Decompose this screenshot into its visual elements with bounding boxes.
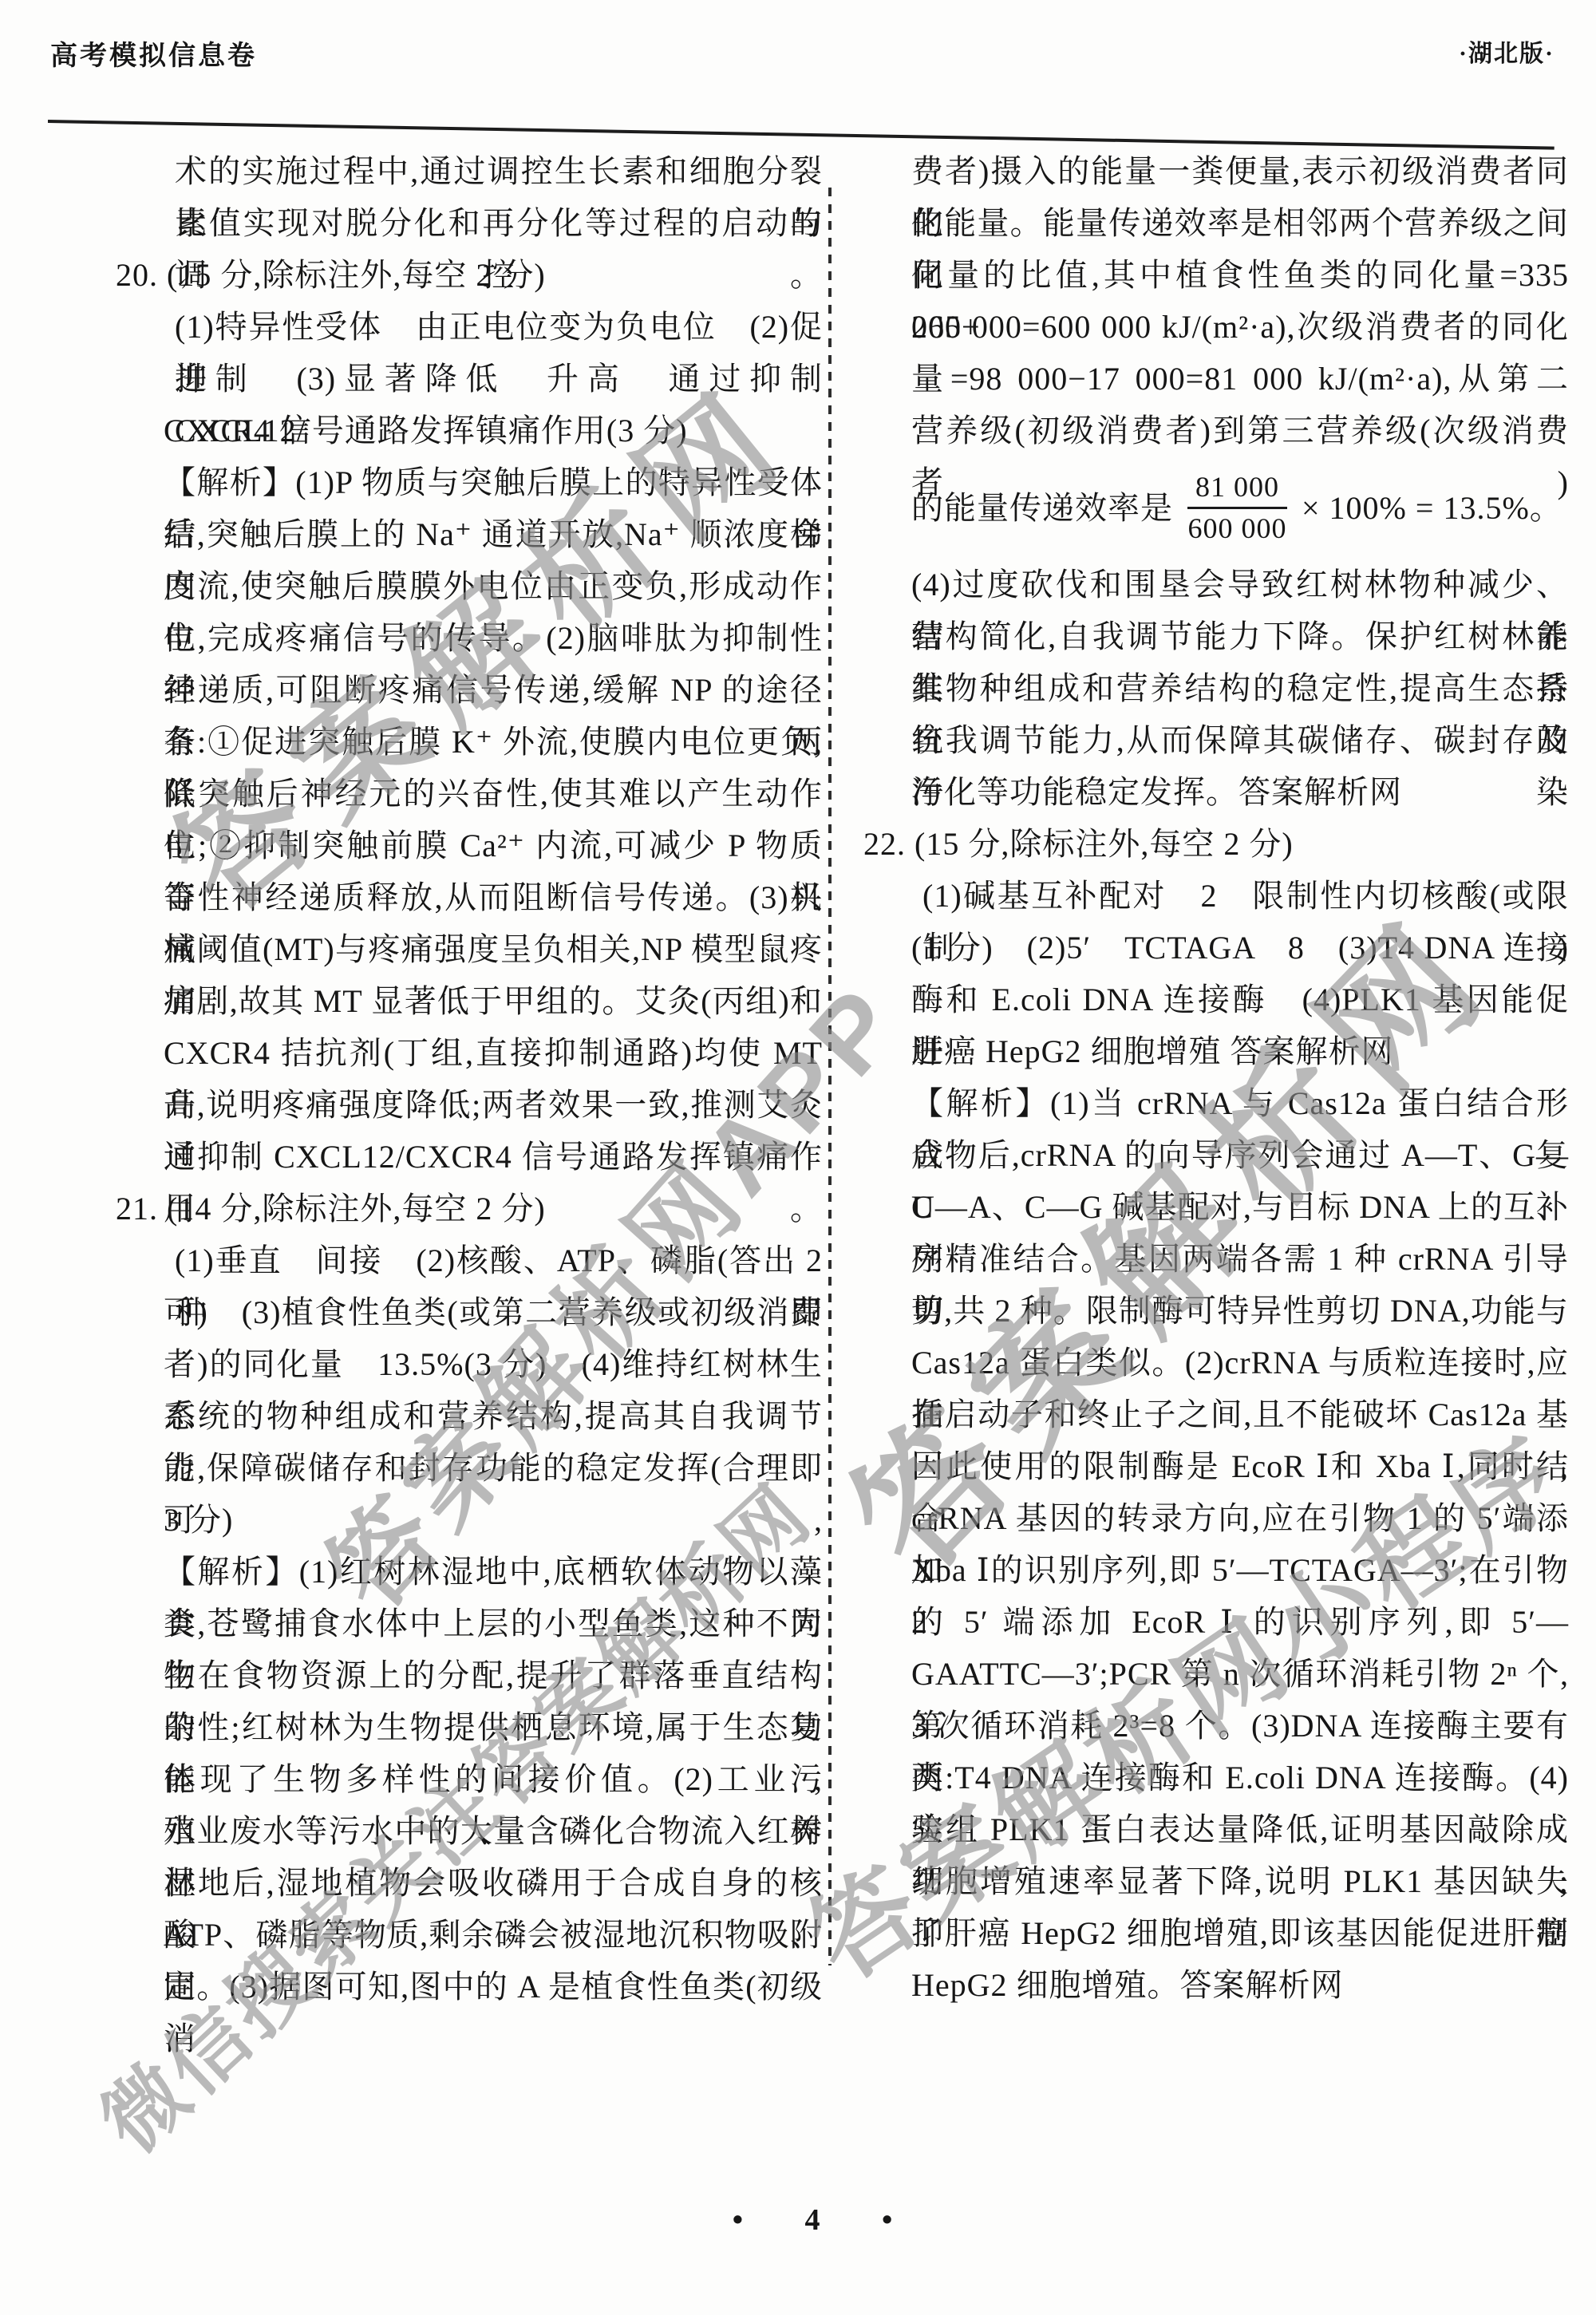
text-line: 抑制 (3)显著降低 升高 通过抑制 CXCL12/ xyxy=(116,353,823,405)
text-line: 量=98 000−17 000=81 000 kJ/(m²·a),从第二 xyxy=(863,353,1569,405)
text-line: 酶和 E.coli DNA 连接酶 (4)PLK1 基因能促进 xyxy=(863,974,1569,1025)
text-line: 合物后,crRNA 的向导序列会通过 A—T、G—C、 xyxy=(863,1129,1569,1181)
text-line: 杂性;红树林为生物提供栖息环境,属于生态功能, xyxy=(116,1701,823,1753)
text-line: 力,保障碳储存和封存功能的稳定发挥(合理即可, xyxy=(116,1442,823,1494)
text-line: Cas12a 蛋白类似。(2)crRNA 与质粒连接时,应插 xyxy=(863,1337,1569,1389)
text-line: 低突触后神经元的兴奋性,使其难以产生动作电 xyxy=(116,768,823,820)
text-line: U—A、C—G 碱基配对,与目标 DNA 上的互补序 xyxy=(863,1181,1569,1233)
text-line: HepG2 细胞增殖。答案解析网 xyxy=(863,1959,1569,2011)
page-title: 高考模拟信息卷 xyxy=(50,34,257,73)
text-line: 后,突触后膜上的 Na⁺ 通道开放,Na⁺ 顺浓度梯度 xyxy=(116,508,823,560)
text-line: 者)的同化量 13.5%(3 分) (4)维持红树林生态 xyxy=(116,1338,823,1390)
text-line: 自我调节能力,从而保障其碳储存、碳封存及污染 xyxy=(863,714,1569,766)
text-line: 结构简化,自我调节能力下降。保护红树林能维持 xyxy=(863,610,1569,662)
text-line: (1)特异性受体 由正电位变为负电位 (2)促进 xyxy=(116,301,823,353)
fraction-suffix: × 100% = 13.5%。 xyxy=(1302,482,1562,534)
text-line: (1)垂直 间接 (2)核酸、ATP、磷脂(答出 2 种即 xyxy=(116,1235,823,1286)
text-line: 术的实施过程中,通过调控生长素和细胞分裂素的 xyxy=(116,145,823,197)
text-line: CXCR4 拮抗剂(丁组,直接抑制通路)均使 MT 升 xyxy=(116,1027,823,1079)
text-line: 位;②抑制突触前膜 Ca²⁺ 内流,可减少 P 物质等兴 xyxy=(116,820,823,871)
text-line: 可) (3)植食性鱼类(或第二营养级或初级消费 xyxy=(116,1286,823,1338)
text-line: 3 次循环消耗 2³=8 个。(3)DNA 连接酶主要有两 xyxy=(863,1700,1569,1752)
text-line: (1 分) (2)5′ TCTAGA 8 (3)T4 DNA 连接 xyxy=(863,922,1569,974)
text-line: 列精准结合。基因两端各需 1 种 crRNA 引导剪 xyxy=(863,1233,1569,1285)
text-line: 细胞增殖速率显著下降,说明 PLK1 基因缺失抑制 xyxy=(863,1855,1569,1907)
text-line: 肝癌 HepG2 细胞增殖 答案解析网 xyxy=(863,1025,1569,1077)
text-line: 【解析】(1)红树林湿地中,底栖软体动物以藻类为 xyxy=(116,1546,823,1598)
text-line: GAATTC—3′;PCR 第 n 次循环消耗引物 2ⁿ 个,第 xyxy=(863,1648,1569,1700)
text-line: 殖业废水等污水中的大量含磷化合物流入红树林 xyxy=(116,1805,823,1857)
text-line: 的能量。能量传递效率是相邻两个营养级之间同 xyxy=(863,197,1569,249)
text-line: 湿地后,湿地植物会吸收磷用于合成自身的核酸、 xyxy=(116,1857,823,1909)
text-line: 食,苍鹭捕食水体中上层的小型鱼类,这种不同生 xyxy=(116,1598,823,1649)
text-line: ATP、磷脂等物质,剩余磷会被湿地沉积物吸附固 xyxy=(116,1909,823,1961)
text-line: 切,共 2 种。限制酶可特异性剪切 DNA,功能与 xyxy=(863,1285,1569,1337)
text-line: 其物种组成和营养结构的稳定性,提高生态系统的 xyxy=(863,662,1569,714)
text-line: CXCR4 信号通路发挥镇痛作用(3 分) xyxy=(116,405,823,456)
text-line: 痛阈值(MT)与疼痛强度呈负相关,NP 模型鼠疼痛 xyxy=(116,923,823,975)
text-line: 的 5′ 端添加 EcoR Ⅰ 的识别序列,即 5′— xyxy=(863,1596,1569,1648)
text-line: Xba Ⅰ的识别序列,即 5′—TCTAGA—3′;在引物 2 xyxy=(863,1544,1569,1596)
text-line: 比值实现对脱分化和再分化等过程的启动与调控。 xyxy=(116,197,823,249)
text-line: 265 000=600 000 kJ/(m²·a),次级消费者的同化 xyxy=(863,301,1569,353)
text-line: 了肝癌 HepG2 细胞增殖,即该基因能促进肝癌 xyxy=(863,1907,1569,1959)
right-column: 费者)摄入的能量一粪便量,表示初级消费者同化的能量。能量传递效率是相邻两个营养级… xyxy=(863,145,1569,2011)
text-line: 【解析】(1)当 crRNA 与 Cas12a 蛋白结合形成复 xyxy=(863,1077,1569,1129)
text-line: 类:T4 DNA 连接酶和 E.coli DNA 连接酶。(4)实 xyxy=(863,1752,1569,1803)
text-line: crRNA 基因的转录方向,应在引物 1 的 5′端添加 xyxy=(863,1492,1569,1544)
page-number: • 4 • xyxy=(0,2202,1596,2238)
fraction-denominator: 600 000 xyxy=(1188,509,1287,545)
text-line: 在启动子和终止子之间,且不能破坏 Cas12a 基因, xyxy=(863,1389,1569,1440)
left-column: 术的实施过程中,通过调控生长素和细胞分裂素的比值实现对脱分化和再分化等过程的启动… xyxy=(116,145,823,2013)
text-line: 经递质,可阻断疼痛信号传递,缓解 NP 的途径有两 xyxy=(116,664,823,716)
text-line: 条:①促进突触后膜 K⁺ 外流,使膜内电位更负,降 xyxy=(116,716,823,768)
text-line: 【解析】(1)P 物质与突触后膜上的特异性受体结合 xyxy=(116,456,823,508)
text-line: 高,说明疼痛强度降低;两者效果一致,推测艾灸通 xyxy=(116,1079,823,1131)
text-line: 体现了生物多样性的间接价值。(2)工业污水、养 xyxy=(116,1753,823,1805)
edition-badge: ·湖北版· xyxy=(1459,34,1555,69)
text-line: 过抑制 CXCL12/CXCR4 信号通路发挥镇痛作用。 xyxy=(116,1131,823,1183)
page-header: 高考模拟信息卷 ·湖北版· xyxy=(50,34,1555,73)
column-divider xyxy=(828,188,832,1965)
text-line: 奋性神经递质释放,从而阻断信号传递。(3)机械 xyxy=(116,871,823,923)
text-line: 内流,使突触后膜膜外电位由正变负,形成动作电 xyxy=(116,560,823,612)
text-line: 加剧,故其 MT 显著低于甲组的。艾灸(丙组)和 xyxy=(116,975,823,1027)
text-line: 22. (15 分,除标注外,每空 2 分) xyxy=(863,818,1569,870)
fraction-numerator: 81 000 xyxy=(1187,470,1287,508)
text-line: 定。(3)据图可知,图中的 A 是植食性鱼类(初级消 xyxy=(116,1961,823,2013)
text-line: 因此使用的限制酶是 EcoR Ⅰ和 Xba Ⅰ,同时结合 xyxy=(863,1440,1569,1492)
text-line: 系统的物种组成和营养结构,提高其自我调节能 xyxy=(116,1390,823,1442)
text-line: 验组 PLK1 蛋白表达量降低,证明基因敲除成功; xyxy=(863,1803,1569,1855)
text-line: 位,完成疼痛信号的传导。(2)脑啡肽为抑制性神 xyxy=(116,612,823,664)
text-line: 化量的比值,其中植食性鱼类的同化量=335 000+ xyxy=(863,249,1569,301)
fraction-prefix: 的能量传递效率是 xyxy=(911,482,1173,534)
text-line: 营养级(初级消费者)到第三营养级(次级消费者) xyxy=(863,405,1569,456)
text-line: 物在食物资源上的分配,提升了群落垂直结构的复 xyxy=(116,1649,823,1701)
text-line: (4)过度砍伐和围垦会导致红树林物种减少、营养 xyxy=(863,559,1569,610)
text-line: 费者)摄入的能量一粪便量,表示初级消费者同化 xyxy=(863,145,1569,197)
fraction: 81 000600 000 xyxy=(1187,470,1287,545)
text-line: (1)碱基互补配对 2 限制性内切核酸(或限制) xyxy=(863,870,1569,922)
